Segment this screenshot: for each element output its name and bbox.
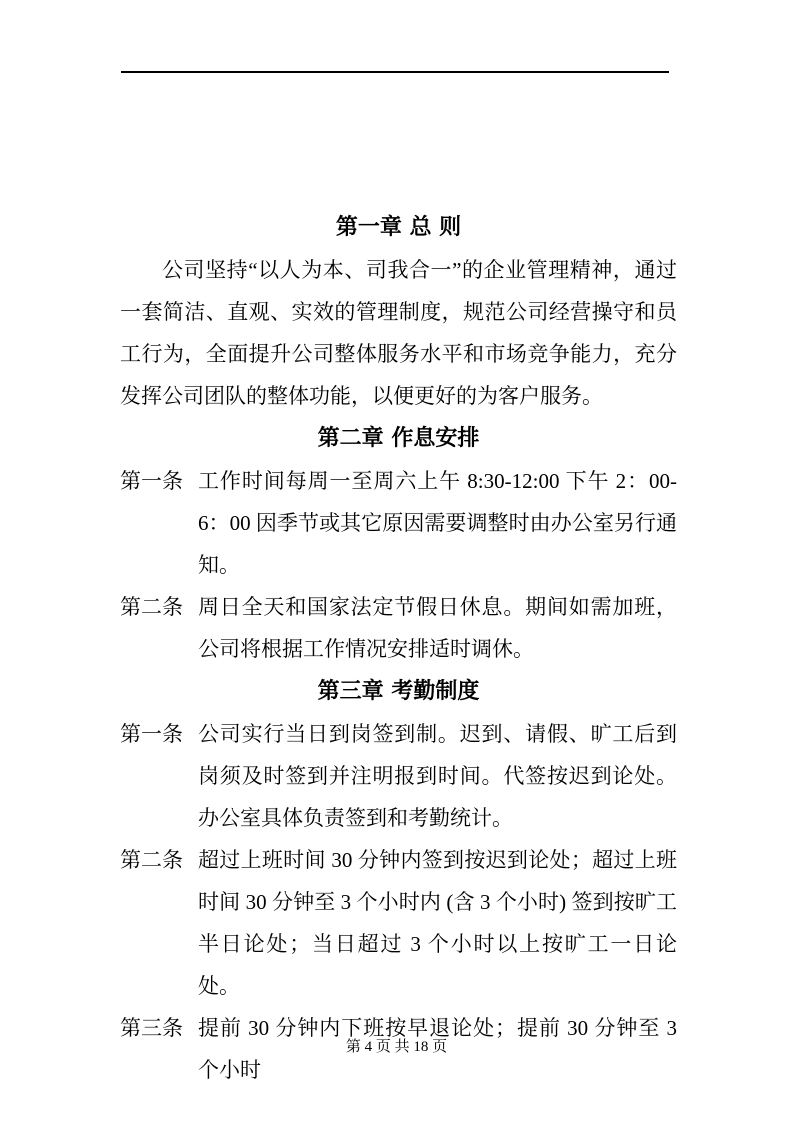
article-label: 第二条: [120, 586, 198, 628]
chapter-2-title: 第二章 作息安排: [120, 417, 677, 460]
article-label: 第二条: [120, 839, 198, 881]
document-page: 第一章 总 则 公司坚持“以人为本、司我合一”的企业管理精神，通过一套简洁、直观…: [0, 0, 793, 1122]
chapter-3-title: 第三章 考勤制度: [120, 670, 677, 713]
article-text: 工作时间每周一至周六上午 8:30-12:00 下午 2：00-6：00 因季节…: [198, 460, 677, 586]
article-text: 公司实行当日到岗签到制。迟到、请假、旷工后到岗须及时签到并注明报到时间。代签按迟…: [198, 713, 677, 839]
article-label: 第一条: [120, 460, 198, 502]
document-body: 第一章 总 则 公司坚持“以人为本、司我合一”的企业管理精神，通过一套简洁、直观…: [120, 206, 677, 1091]
article-label: 第一条: [120, 713, 198, 755]
article-text: 周日全天和国家法定节假日休息。期间如需加班，公司将根据工作情况安排适时调休。: [198, 586, 677, 670]
header-divider: [121, 71, 669, 73]
article-text: 超过上班时间 30 分钟内签到按迟到论处；超过上班时间 30 分钟至 3 个小时…: [198, 839, 677, 1007]
chapter-3-article-1: 第一条 公司实行当日到岗签到制。迟到、请假、旷工后到岗须及时签到并注明报到时间。…: [120, 713, 677, 839]
chapter-3-article-2: 第二条 超过上班时间 30 分钟内签到按迟到论处；超过上班时间 30 分钟至 3…: [120, 839, 677, 1007]
page-footer: 第 4 页 共 18 页: [0, 1036, 793, 1058]
chapter-1-paragraph: 公司坚持“以人为本、司我合一”的企业管理精神，通过一套简洁、直观、实效的管理制度…: [120, 249, 677, 417]
chapter-2-article-1: 第一条 工作时间每周一至周六上午 8:30-12:00 下午 2：00-6：00…: [120, 460, 677, 586]
chapter-1-title: 第一章 总 则: [120, 206, 677, 249]
chapter-2-article-2: 第二条 周日全天和国家法定节假日休息。期间如需加班，公司将根据工作情况安排适时调…: [120, 586, 677, 670]
